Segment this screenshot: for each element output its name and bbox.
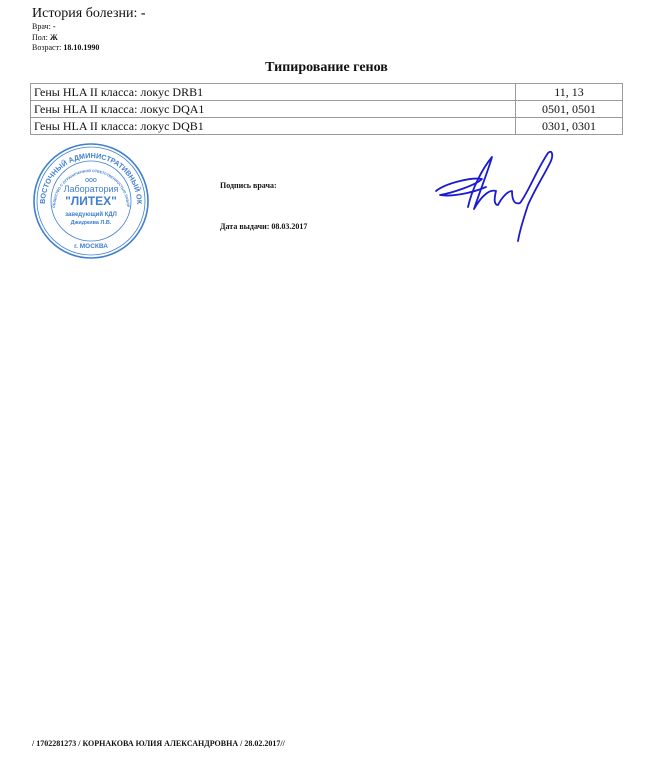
age-label: Возраст: — [32, 43, 61, 52]
gene-value: 0501, 0501 — [516, 101, 623, 118]
signature-label: Подпись врача: — [220, 181, 277, 190]
gene-label: Гены HLA II класса: локус DRB1 — [31, 84, 516, 101]
age-value: 18.10.1990 — [63, 43, 99, 52]
stamp-line-5: Джиджива Л.В. — [71, 220, 112, 226]
age-line: Возраст: 18.10.1990 — [32, 43, 99, 52]
gene-typing-table: Гены HLA II класса: локус DRB1 11, 13 Ге… — [30, 83, 623, 135]
sex-value: Ж — [50, 33, 58, 42]
history-label: История болезни: — [32, 6, 137, 21]
table-row: Гены HLA II класса: локус DRB1 11, 13 — [31, 84, 623, 101]
stamp-line-2: Лаборатория — [64, 184, 119, 194]
history-line: История болезни: - — [32, 6, 146, 22]
history-value: - — [141, 6, 146, 21]
issue-date-value: 08.03.2017 — [271, 222, 307, 231]
issue-date: Дата выдачи: 08.03.2017 — [220, 222, 307, 231]
gene-value: 11, 13 — [516, 84, 623, 101]
sex-line: Пол: Ж — [32, 33, 58, 42]
footer-record: / 1702281273 / КОРНАКОВА ЮЛИЯ АЛЕКСАНДРО… — [32, 739, 285, 748]
stamp-city: г. МОСКВА — [74, 243, 108, 250]
doctor-value: - — [53, 22, 56, 31]
table-row: Гены HLA II класса: локус DQB1 0301, 030… — [31, 118, 623, 135]
stamp-line-4: заведующий КДЛ — [65, 211, 117, 218]
gene-label: Гены HLA II класса: локус DQB1 — [31, 118, 516, 135]
issue-date-label: Дата выдачи: — [220, 222, 269, 231]
gene-value: 0301, 0301 — [516, 118, 623, 135]
section-title: Типирование генов — [0, 60, 653, 76]
doctor-label: Врач: — [32, 22, 51, 31]
stamp-line-3: "ЛИТЕХ" — [65, 194, 117, 208]
doctor-line: Врач: - — [32, 22, 55, 31]
gene-label: Гены HLA II класса: локус DQA1 — [31, 101, 516, 118]
sex-label: Пол: — [32, 33, 48, 42]
doctor-signature — [432, 145, 562, 245]
table-row: Гены HLA II класса: локус DQA1 0501, 050… — [31, 101, 623, 118]
lab-stamp: ВОСТОЧНЫЙ АДМИНИСТРАТИВНЫЙ ОКРУГ ОБЩЕСТВ… — [31, 142, 151, 260]
